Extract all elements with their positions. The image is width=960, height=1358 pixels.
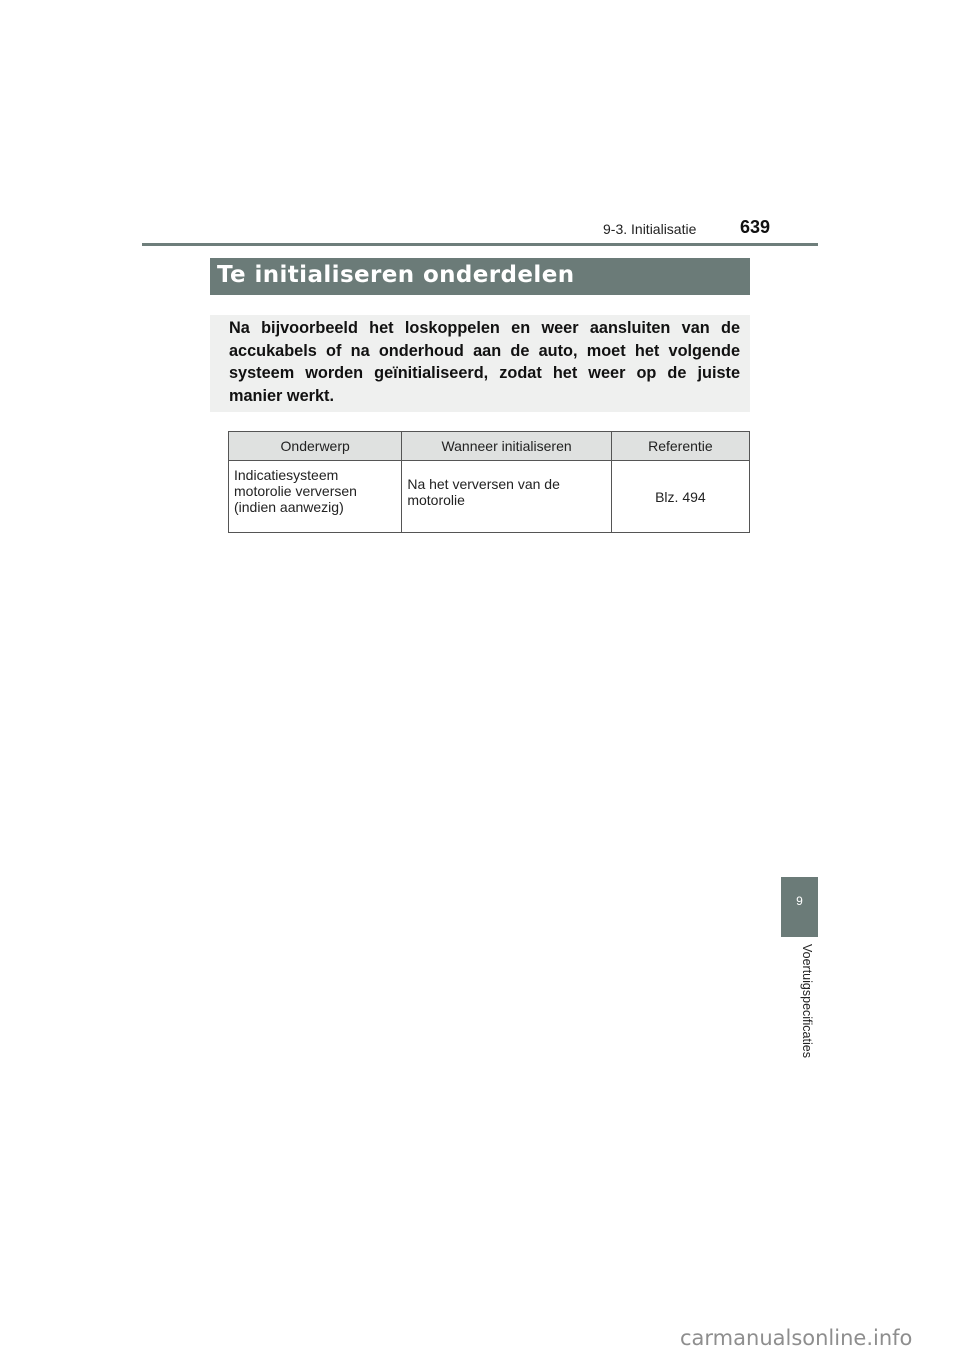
intro-box: Na bijvoorbeeld het loskoppelen en weer …: [210, 315, 750, 412]
table-row: Indicatiesysteem motorolie verversen (in…: [229, 461, 750, 533]
section-label: 9-3. Initialisatie: [603, 221, 696, 237]
cell-subject: Indicatiesysteem motorolie verversen (in…: [229, 461, 402, 533]
chapter-tab: 9: [781, 877, 818, 937]
column-header-when: Wanneer initialiseren: [402, 432, 611, 461]
chapter-number: 9: [781, 894, 818, 908]
initialization-table: Onderwerp Wanneer initialiseren Referent…: [228, 431, 750, 533]
watermark: carmanualsonline.info: [680, 1326, 912, 1350]
section-title-bar: Te initialiseren onderdelen: [210, 258, 750, 295]
column-header-subject: Onderwerp: [229, 432, 402, 461]
column-header-reference: Referentie: [611, 432, 749, 461]
chapter-name: Voertuigspecificaties: [800, 944, 814, 1058]
intro-text: Na bijvoorbeeld het loskoppelen en weer …: [229, 317, 740, 407]
cell-when: Na het verversen van de motorolie: [402, 461, 611, 533]
table-header-row: Onderwerp Wanneer initialiseren Referent…: [229, 432, 750, 461]
cell-reference: Blz. 494: [611, 461, 749, 533]
header-divider: [142, 243, 818, 246]
section-title: Te initialiseren onderdelen: [217, 262, 574, 288]
page-number: 639: [740, 217, 770, 238]
